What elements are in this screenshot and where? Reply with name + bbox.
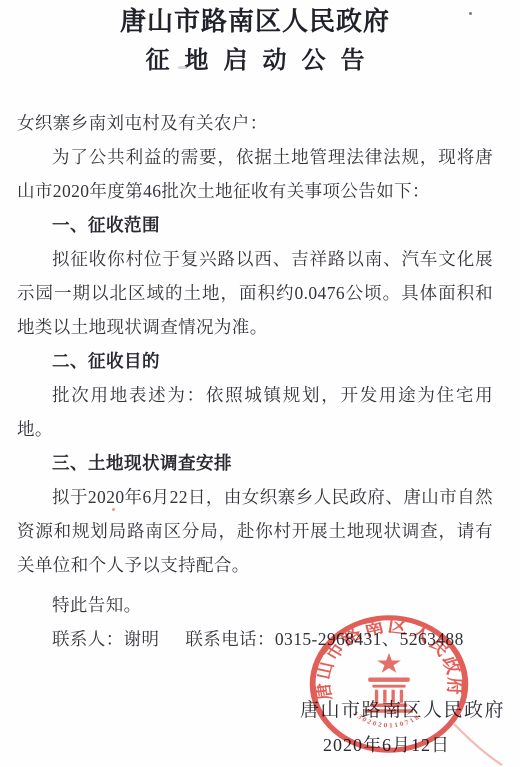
section-2-heading: 二、征收目的 [17,344,493,378]
contact-phone: 联系电话：0315-2968431、5263488 [185,629,463,649]
signature-date: 2020年6月12日 [17,728,450,762]
section-3-body: 拟于2020年6月22日，由女织寨乡人民政府、唐山市自然资源和规划局路南区分局，… [17,480,493,582]
notice-document: 唐山市路南区人民政府 征地启动公告 女织寨乡南刘屯村及有关农户： 为了公共利益的… [0,0,520,767]
intro-paragraph: 为了公共利益的需要，依据土地管理法律法规，现将唐山市2020年度第46批次土地征… [17,140,493,208]
document-title-line1: 唐山市路南区人民政府 [17,6,493,38]
contact-line: 联系人：谢明联系电话：0315-2968431、5263488 [17,622,493,656]
addressee-line: 女织寨乡南刘屯村及有关农户： [17,106,493,140]
scan-speck [178,66,187,69]
section-1-heading: 一、征收范围 [17,208,493,242]
document-title-line2: 征地启动公告 [17,46,493,76]
section-3-heading: 三、土地现状调查安排 [17,446,493,480]
scan-speck [112,508,115,511]
section-1-body: 拟征收你村位于复兴路以西、吉祥路以南、汽车文化展示园一期以北区域的土地，面积约0… [17,242,493,344]
seal-smear-mark [452,722,504,766]
section-2-body: 批次用地表述为：依照城镇规划，开发用途为住宅用地。 [17,378,493,446]
closing-line: 特此告知。 [17,588,493,622]
scan-speck [469,12,472,15]
signature-issuer: 唐山市路南区人民政府 [17,694,505,728]
contact-person: 联系人：谢明 [52,629,159,649]
